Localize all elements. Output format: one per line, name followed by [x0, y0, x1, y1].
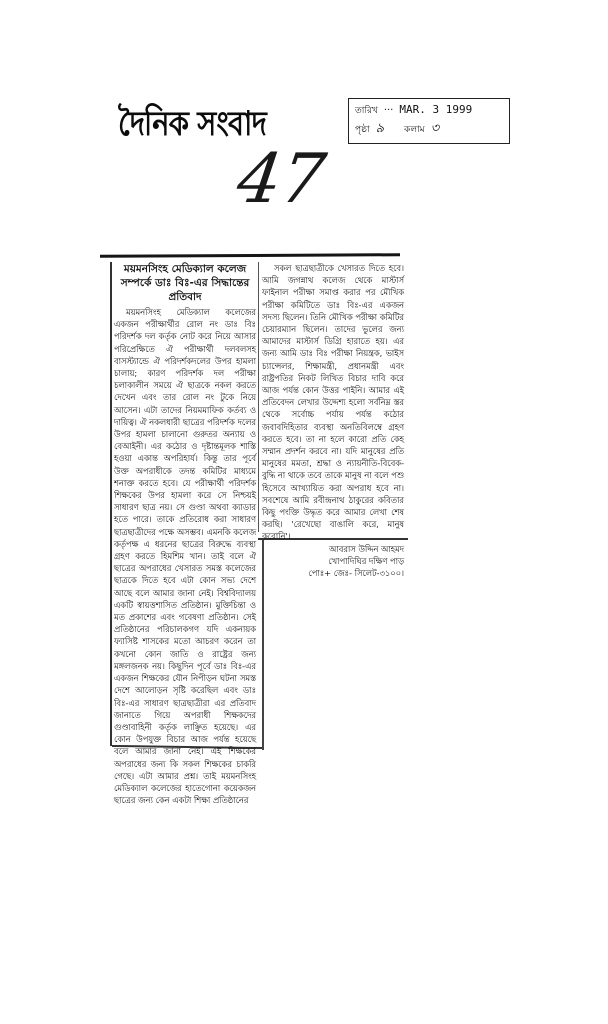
- stamp-date-row: তারিখ ··· MAR. 3 1999: [355, 101, 503, 120]
- signature-name: আবরাস উদ্দিন আহমদ: [262, 543, 404, 555]
- stamp-page-label: পৃষ্ঠা: [355, 121, 370, 139]
- stamp-column-value: ৩: [431, 120, 439, 138]
- clipping-stamp: তারিখ ··· MAR. 3 1999 পৃষ্ঠা ৯ কলাম ৩: [348, 98, 510, 144]
- article-column-left: ময়মনসিংহ মেডিক্যাল কলেজ সম্পর্কে ডাঃ বি…: [114, 262, 256, 806]
- stamp-column-label: কলাম: [404, 121, 425, 139]
- stamp-date-label: তারিখ: [355, 102, 378, 120]
- stamp-date-value: MAR. 3 1999: [399, 101, 472, 119]
- stamp-page-row: পৃষ্ঠা ৯ কলাম ৩: [355, 120, 503, 139]
- clipping-left-border: [110, 262, 112, 746]
- clipping-top-border: [100, 253, 400, 258]
- article-paragraph: সকল ছাত্রছাত্রীকে খেসারত দিতে হবে। আমি জ…: [262, 262, 404, 543]
- article-paragraph: ময়মনসিংহ মেডিক্যাল কলেজের একজন পরীক্ষার…: [114, 306, 256, 806]
- signature-block: আবরাস উদ্দিন আহমদ খোপাদিঘির দক্ষিণ পাড় …: [262, 543, 404, 579]
- signature-address-2: পোঃ+ জেঃ- সিলেট-৩১০০।: [262, 567, 404, 579]
- handwritten-number: 47: [232, 140, 330, 219]
- column-divider: [258, 262, 259, 532]
- article-headline: ময়মনসিংহ মেডিক্যাল কলেজ সম্পর্কে ডাঃ বি…: [114, 262, 256, 304]
- stamp-page-value: ৯: [376, 120, 384, 138]
- article-column-right: সকল ছাত্রছাত্রীকে খেসারত দিতে হবে। আমি জ…: [262, 262, 404, 579]
- signature-address-1: খোপাদিঘির দক্ষিণ পাড়: [262, 555, 404, 567]
